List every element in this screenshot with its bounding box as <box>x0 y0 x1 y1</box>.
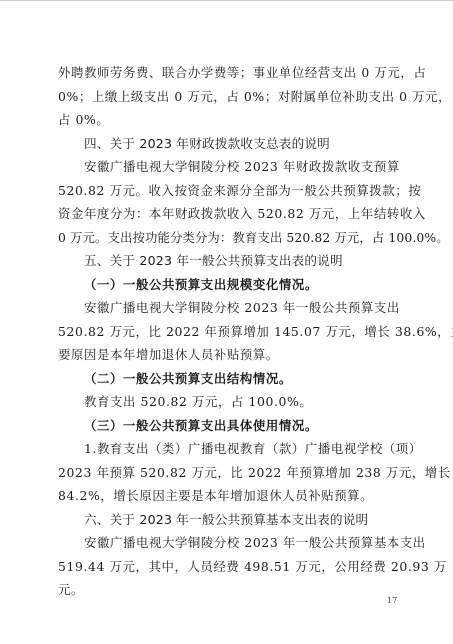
document-page: 外聘教师劳务费、联合办学费等；事业单位经营支出 0 万元，占 0%；上缴上级支出… <box>58 61 398 602</box>
page-top-border <box>0 0 453 1</box>
body-line: 519.44 万元，其中，人员经费 498.51 万元，公用经费 20.93 万 <box>58 555 398 579</box>
body-line: 教育支出 520.82 万元，占 100.0%。 <box>58 390 398 414</box>
body-line: 要原因是本年增加退休人员补贴预算。 <box>58 343 398 367</box>
body-line: 外聘教师劳务费、联合办学费等；事业单位经营支出 0 万元，占 <box>58 61 398 85</box>
body-line: 安徽广播电视大学铜陵分校 2023 年财政拨款收支预算 <box>58 155 398 179</box>
subsection-heading-1: （一）一般公共预算支出规模变化情况。 <box>58 273 398 297</box>
body-line: 1.教育支出（类）广播电视教育（款）广播电视学校（项） <box>58 437 398 461</box>
body-line: 安徽广播电视大学铜陵分校 2023 年一般公共预算基本支出 <box>58 531 398 555</box>
section-heading-4: 四、关于 2023 年财政拨款收支总表的说明 <box>58 132 398 156</box>
body-line: 元。 <box>58 578 398 602</box>
body-line: 0 万元。支出按功能分类分为：教育支出 520.82 万元，占 100.0%。 <box>58 226 398 250</box>
subsection-heading-3: （三）一般公共预算支出具体使用情况。 <box>58 414 398 438</box>
body-line: 2023 年预算 520.82 万元，比 2022 年预算增加 238 万元，增… <box>58 461 398 485</box>
section-heading-6: 六、关于 2023 年一般公共预算基本支出表的说明 <box>58 508 398 532</box>
body-line: 84.2%，增长原因主要是本年增加退休人员补贴预算。 <box>58 484 398 508</box>
body-line: 占 0%。 <box>58 108 398 132</box>
body-line: 520.82 万元。收入按资金来源分全部为一般公共预算拨款；按 <box>58 179 398 203</box>
body-line: 520.82 万元，比 2022 年预算增加 145.07 万元，增长 38.6… <box>58 320 398 344</box>
body-line: 安徽广播电视大学铜陵分校 2023 年一般公共预算支出 <box>58 296 398 320</box>
section-heading-5: 五、关于 2023 年一般公共预算支出表的说明 <box>58 249 398 273</box>
subsection-heading-2: （二）一般公共预算支出结构情况。 <box>58 367 398 391</box>
body-line: 资金年度分为：本年财政拨款收入 520.82 万元，上年结转收入 <box>58 202 398 226</box>
body-line: 0%；上缴上级支出 0 万元，占 0%；对附属单位补助支出 0 万元， <box>58 85 398 109</box>
page-number: 17 <box>387 596 397 605</box>
